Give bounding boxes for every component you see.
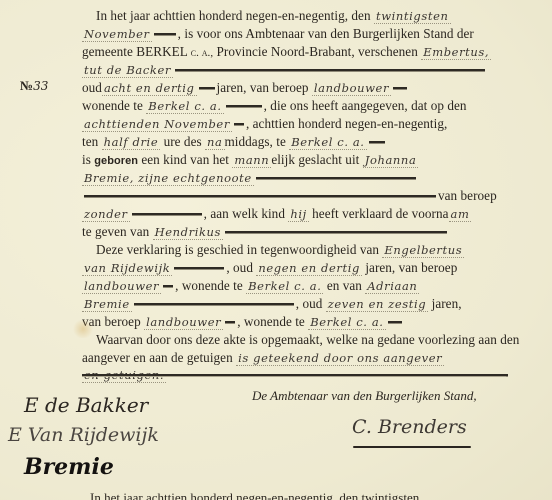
text-line-18: van beroep landbouwer, wonende te Berkel…	[82, 314, 512, 330]
closing-rule	[82, 374, 506, 377]
handwritten-birth-date: achttienden November	[82, 117, 232, 132]
fill-rule	[134, 303, 294, 306]
text-line-19: Waarvan door ons deze akte is opgemaakt,…	[96, 332, 526, 348]
handwritten-declarant-surname: tut de Backer	[82, 63, 173, 78]
text-line-3: gemeente BERKEL c. a., Provincie Noord-B…	[82, 44, 512, 61]
text-line-8: ten half drie ure des namiddags, te Berk…	[82, 134, 512, 150]
printed-text: , is voor ons Ambtenaar van den Burgerli…	[178, 26, 474, 41]
handwritten-declarant-firstname: Embertus,	[421, 45, 491, 60]
printed-text: , wonende te	[237, 314, 305, 329]
paper-stain	[72, 320, 94, 338]
record-number-value: 33	[33, 79, 48, 93]
printed-text: elijk geslacht uit	[271, 152, 359, 167]
printed-text: oud	[82, 80, 102, 95]
signature-official: C. Brenders	[352, 416, 467, 438]
text-line-11: van beroep	[82, 188, 512, 204]
printed-text: middags, te	[225, 134, 286, 149]
printed-text: , aan welk kind	[204, 206, 285, 221]
fill-rule	[256, 177, 416, 180]
fill-rule	[225, 231, 447, 234]
printed-text: In het jaar achttien honderd negen-en-ne…	[96, 8, 371, 23]
document-page: №33 In het jaar achttien honderd negen-e…	[0, 0, 552, 500]
fill-rule	[174, 267, 224, 270]
printed-text: ure des	[164, 134, 202, 149]
handwritten-pronoun: hij	[288, 207, 308, 222]
handwritten-day: twintigsten	[374, 9, 451, 24]
printed-text: , die ons heeft aangegeven, dat op den	[264, 98, 467, 113]
printed-text: een kind van het	[141, 152, 229, 167]
text-line-12: zonder, aan welk kind hij heeft verklaar…	[82, 206, 512, 222]
handwritten-witness2-age: zeven en zestig	[326, 297, 429, 312]
fill-rule	[369, 141, 385, 144]
next-record-partial: In het jaar achttien honderd negen-en-ne…	[90, 490, 419, 500]
handwritten-witness1-surname: van Rijdewijk	[82, 261, 172, 276]
fill-rule	[154, 33, 176, 36]
printed-ca: c. a.,	[191, 47, 213, 59]
fill-rule	[226, 105, 262, 108]
printed-text: , achttien honderd negen-en-negentig,	[246, 116, 447, 131]
text-line-10: Bremie, zijne echtgenoote	[82, 170, 512, 186]
fill-rule	[199, 87, 215, 90]
printed-municipality: gemeente BERKEL	[82, 44, 187, 59]
handwritten-witness2-surname: Bremie	[82, 297, 132, 312]
fill-rule	[234, 123, 244, 126]
printed-text: Provincie Noord-Brabant, verschenen	[217, 44, 418, 59]
handwritten-signing-note: is geteekend door ons aangever	[236, 351, 444, 366]
handwritten-witness2-residence: Berkel c. a.	[308, 315, 385, 330]
printed-text: Waarvan door ons deze akte is opgemaakt,…	[96, 332, 519, 347]
printed-text: Deze verklaring is geschied in tegenwoor…	[96, 242, 379, 257]
handwritten-residence: Berkel c. a.	[146, 99, 223, 114]
printed-text: is	[82, 152, 91, 167]
text-line-14: Deze verklaring is geschied in tegenwoor…	[96, 242, 526, 258]
printed-text: , oud	[226, 260, 253, 275]
text-line-16: landbouwer, wonende te Berkel c. a. en v…	[82, 278, 512, 294]
fill-rule	[393, 87, 407, 90]
fill-rule	[175, 69, 485, 72]
text-line-13: te geven van Hendrikus	[82, 224, 512, 240]
record-number: №33	[20, 78, 48, 94]
handwritten-mother-surname: Bremie, zijne echtgenoote	[82, 171, 254, 186]
printed-born: geboren	[94, 155, 138, 167]
printed-text: wonende te	[82, 98, 143, 113]
handwritten-witness1-age: negen en dertig	[256, 261, 362, 276]
handwritten-suffix: am	[449, 207, 472, 222]
printed-text: te geven van	[82, 224, 149, 239]
official-title: De Ambtenaar van den Burgerlijken Stand,	[252, 388, 477, 404]
printed-text: jaren,	[432, 296, 462, 311]
fill-rule	[225, 321, 235, 324]
fill-rule	[388, 321, 402, 324]
printed-text: jaren, van beroep	[365, 260, 457, 275]
handwritten-child-name: Hendrikus	[153, 225, 223, 240]
record-number-label: №	[20, 78, 33, 93]
handwritten-ampm: na	[205, 135, 224, 150]
text-line-5: oudacht en dertigjaren, van beroep landb…	[82, 80, 512, 96]
signature-declarant: E de Bakker	[24, 393, 148, 417]
handwritten-month: November	[82, 27, 152, 42]
handwritten-mother-occupation: zonder	[82, 207, 130, 222]
handwritten-mother-firstname: Johanna	[363, 153, 419, 168]
text-line-1: In het jaar achttien honderd negen-en-ne…	[96, 8, 526, 24]
text-line-4: tut de Backer	[82, 62, 512, 78]
printed-text: heeft verklaard de voorna	[312, 206, 448, 221]
fill-rule	[163, 285, 173, 288]
text-line-2: November, is voor ons Ambtenaar van den …	[82, 26, 512, 42]
text-line-17: Bremie, oud zeven en zestig jaren,	[82, 296, 512, 312]
text-line-7: achttienden November, achttien honderd n…	[82, 116, 512, 132]
handwritten-birth-time: half drie	[102, 135, 161, 150]
fill-rule	[84, 195, 436, 198]
fill-rule	[132, 213, 202, 216]
printed-text: van beroep	[438, 188, 497, 203]
text-line-9: is geboren een kind van het mannelijk ge…	[82, 152, 512, 169]
handwritten-witness2-firstname: Adriaan	[365, 279, 419, 294]
text-line-20: aangever en aan de getuigen is geteekend…	[82, 350, 512, 366]
text-line-15: van Rijdewijk, oud negen en dertig jaren…	[82, 260, 512, 276]
signature-witness1: E Van Rijdewijk	[8, 424, 159, 446]
signature-witness2: Bremie	[24, 454, 114, 480]
handwritten-witness1-firstname: Engelbertus	[382, 243, 464, 258]
handwritten-declarant-occupation: landbouwer	[312, 81, 391, 96]
printed-text: en van	[327, 278, 362, 293]
handwritten-birth-place: Berkel c. a.	[289, 135, 366, 150]
printed-text: ten	[82, 134, 98, 149]
handwritten-sex: mann	[232, 153, 271, 168]
printed-text: aangever en aan de getuigen	[82, 350, 233, 365]
printed-text: , oud	[296, 296, 323, 311]
handwritten-witness2-occupation: landbouwer	[144, 315, 223, 330]
handwritten-witness1-residence: Berkel c. a.	[246, 279, 323, 294]
text-line-6: wonende te Berkel c. a., die ons heeft a…	[82, 98, 512, 114]
signature-underline	[353, 446, 471, 448]
handwritten-witness1-occupation: landbouwer	[82, 279, 161, 294]
printed-text: jaren, van beroep	[217, 80, 309, 95]
printed-text: , wonende te	[175, 278, 243, 293]
handwritten-declarant-age: acht en dertig	[102, 81, 197, 96]
